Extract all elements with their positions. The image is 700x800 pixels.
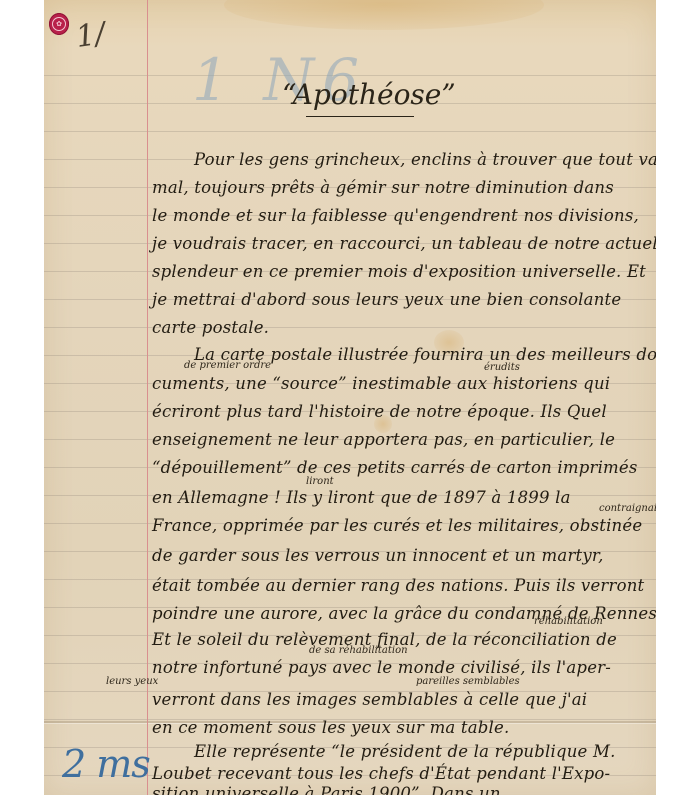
text-line: Pour les gens grincheux, enclins à trouv… [194, 150, 648, 169]
interlinear-correction: contraignait [599, 503, 656, 514]
ruled-line [44, 131, 656, 132]
text-line: “dépouillement” de ces petits carrés de … [152, 458, 648, 477]
text-line: était tombée au dernier rang des nations… [152, 576, 648, 595]
text-line: cuments, une “source” inestimable aux hi… [152, 374, 648, 393]
manuscript-page: ✿ 1/ 1 N6 2 ms “Apothéose” Pour les gens… [44, 0, 656, 795]
text-line: France, opprimée par les curés et les mi… [152, 516, 648, 535]
library-stamp: ✿ [49, 13, 69, 35]
manuscript-title: “Apothéose” [282, 78, 456, 111]
text-line: Elle représente “le président de la répu… [194, 742, 648, 761]
interlinear-correction: de premier ordre [184, 360, 271, 371]
interlinear-correction: réhabilitation [534, 616, 603, 627]
paper-stain [224, 0, 544, 30]
text-line: enseignement ne leur apportera pas, en p… [152, 430, 648, 449]
text-line: verront dans les images semblables à cel… [152, 690, 648, 709]
interlinear-correction: de sa réhabilitation [309, 645, 408, 656]
text-line: je mettrai d'abord sous leurs yeux une b… [152, 290, 648, 309]
text-line: mal, toujours prêts à gémir sur notre di… [152, 178, 648, 197]
text-line: en ce moment sous les yeux sur ma table. [152, 718, 648, 737]
title-underline [306, 116, 414, 117]
text-line: en Allemagne ! Ils y liront que de 1897 … [152, 488, 648, 507]
text-line: Loubet recevant tous les chefs d'État pe… [152, 764, 648, 783]
stamp-emblem-icon: ✿ [52, 17, 66, 31]
text-line: le monde et sur la faiblesse qu'engendre… [152, 206, 648, 225]
text-line: notre infortuné pays avec le monde civil… [152, 658, 648, 677]
text-line: carte postale. [152, 318, 648, 337]
interlinear-correction: érudits [484, 362, 520, 373]
interlinear-correction: pareilles semblables [416, 676, 520, 687]
text-line: de garder sous les verrous un innocent e… [152, 546, 648, 565]
interlinear-correction: leurs yeux [106, 676, 158, 687]
text-line: splendeur en ce premier mois d'expositio… [152, 262, 648, 281]
text-line: sition universelle à Paris 1900”. Dans u… [152, 784, 648, 795]
folio-number: 1/ [74, 16, 108, 55]
blue-crayon-annotation: 2 ms [62, 742, 150, 786]
text-line: je voudrais tracer, en raccourci, un tab… [152, 234, 648, 253]
interlinear-correction: liront [306, 476, 334, 487]
text-line: écriront plus tard l'histoire de notre é… [152, 402, 648, 421]
